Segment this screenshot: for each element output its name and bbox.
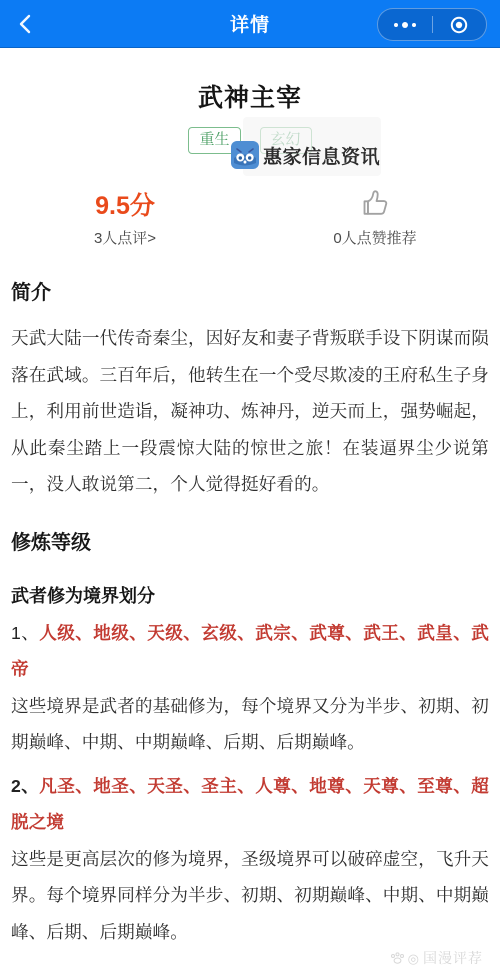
detail-content: 简介 天武大陆一代传奇秦尘，因好友和妻子背叛联手设下阴谋而陨落在武域。三百年后，… [0, 276, 500, 950]
level-1-desc: 这些境界是武者的基础修为，每个境界又分为半步、初期、初期巅峰、中期、中期巅峰、后… [11, 688, 489, 761]
level-2-desc: 这些是更高层次的修为境界，圣级境界可以破碎虚空，飞升天界。每个境界同样分为半步、… [11, 841, 489, 951]
back-button[interactable] [8, 6, 44, 42]
navbar: 详情 [0, 0, 500, 48]
thumbs-up-icon [358, 186, 392, 220]
footer-watermark: ◎ 国漫评荐 [390, 948, 483, 968]
score-value: 9.5分 [95, 192, 155, 220]
miniprogram-capsule [377, 8, 487, 41]
likes-label: 0人点赞推荐 [333, 227, 416, 248]
book-title: 武神主宰 [0, 78, 500, 114]
app-screen: 详情 武神主宰 重生 玄幻 [0, 0, 500, 980]
score-column: 9.5分 3人点评> [0, 188, 250, 248]
more-options-button[interactable] [378, 9, 432, 40]
intro-heading: 简介 [11, 276, 489, 305]
content-watermark: 惠家信息资讯 [231, 141, 380, 169]
level-2-number: 2、 [11, 776, 39, 796]
like-column: 0人点赞推荐 [250, 188, 500, 248]
levels-subheading: 武者修为境界划分 [11, 582, 489, 608]
level-2-terms: 凡圣、地圣、天圣、圣主、人尊、地尊、天尊、至尊、超脱之境 [11, 776, 489, 833]
target-circle-icon [449, 15, 469, 35]
watermark-text: 惠家信息资讯 [263, 142, 380, 169]
footer-brand-text: 国漫评荐 [423, 948, 483, 968]
level-list-1: 1、人级、地级、天级、玄级、武宗、武尊、武王、武皇、武帝 [11, 615, 489, 688]
levels-heading: 修炼等级 [11, 526, 489, 555]
page-title: 详情 [230, 10, 270, 37]
level-1-number: 1、 [11, 623, 39, 643]
rating-row: 9.5分 3人点评> 0人点赞推荐 [0, 188, 500, 248]
reviews-link[interactable]: 3人点评> [94, 227, 156, 248]
intro-paragraph: 天武大陆一代传奇秦尘，因好友和妻子背叛联手设下阴谋而陨落在武域。三百年后，他转生… [11, 320, 489, 503]
more-dots-icon [394, 22, 416, 28]
like-button[interactable] [358, 186, 392, 220]
level-1-terms: 人级、地级、天级、玄级、武宗、武尊、武王、武皇、武帝 [11, 623, 489, 680]
paw-icon [390, 951, 405, 965]
circle-logo-icon: ◎ [408, 952, 420, 965]
watermark-logo-icon [231, 141, 259, 169]
back-chevron-icon [15, 13, 37, 35]
exit-minimize-button[interactable] [433, 9, 487, 40]
level-list-2: 2、凡圣、地圣、天圣、圣主、人尊、地尊、天尊、至尊、超脱之境 [11, 768, 489, 841]
